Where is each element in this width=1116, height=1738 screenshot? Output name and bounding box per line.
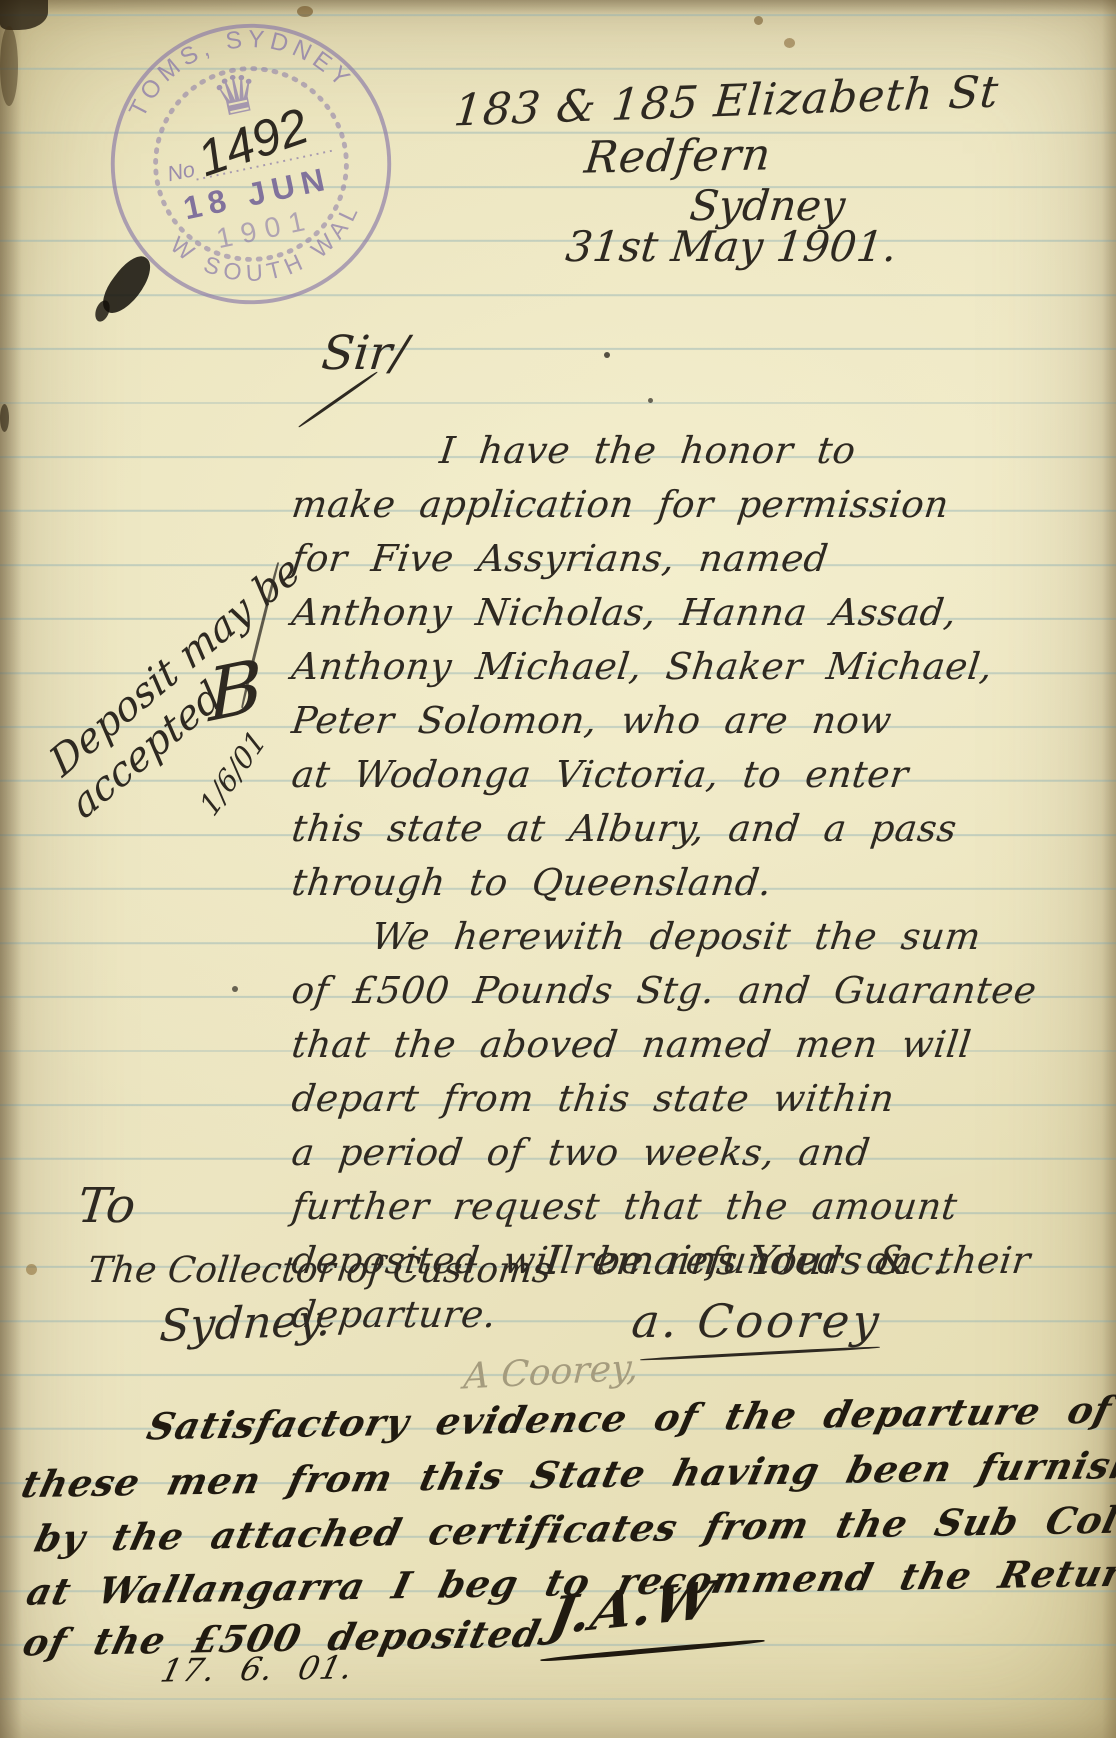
stain	[754, 16, 763, 25]
body-line: for Five Assyrians, named	[289, 532, 996, 586]
body-line: through to Queensland.	[289, 856, 996, 910]
addressee-to: To	[75, 1178, 138, 1234]
body-line: this state at Albury, and a pass	[289, 802, 996, 856]
address-line-1: 183 & 185 Elizabeth St	[452, 67, 1001, 137]
ink-dot	[604, 352, 610, 358]
minute-line: these men from this State having been fu…	[17, 1442, 1116, 1506]
addressee-line-2: Sydney.	[158, 1295, 333, 1352]
signature-flourish	[640, 1346, 880, 1362]
signature: a. Coorey	[629, 1294, 884, 1348]
minute-date: 17. 6. 01.	[157, 1648, 357, 1689]
body-line: of £500 Pounds Stg. and Guarantee	[289, 964, 1040, 1018]
body-line: a period of two weeks, and	[289, 1126, 1040, 1180]
minute-line: Satisfactory evidence of the departure o…	[143, 1388, 1116, 1449]
address-line-4: 31st May 1901.	[563, 222, 899, 271]
body-line: that the aboved named men will	[289, 1018, 1040, 1072]
body-line: Anthony Nicholas, Hanna Assad,	[289, 586, 996, 640]
stamp-no-label: No	[165, 157, 197, 186]
body-line: We herewith deposit the sum	[289, 910, 1040, 964]
pencil-annotation-name: A Coorey,	[463, 1347, 640, 1397]
letter-body-paragraph-1: I have the honor to make application for…	[292, 424, 992, 910]
address-line-2: Redfern	[582, 129, 774, 183]
letter-page: CUSTOMS, SYDNEY. — NEW SOUTH WALES ♛ No …	[0, 0, 1116, 1738]
body-line: I have the honor to	[289, 424, 996, 478]
customs-stamp-seal: CUSTOMS, SYDNEY. — NEW SOUTH WALES ♛ No …	[78, 0, 424, 337]
body-line: make application for permission	[289, 478, 996, 532]
addressee-line-1: The Collector of Customs	[86, 1250, 553, 1291]
closing-line: I remains Yours &c.	[543, 1238, 949, 1284]
margin-note-date: 1/6/01	[193, 724, 272, 823]
body-line: Anthony Michael, Shaker Michael,	[289, 640, 996, 694]
ink-dot	[648, 398, 653, 403]
stain	[26, 1264, 37, 1275]
stain	[0, 26, 18, 106]
body-line: at Wodonga Victoria, to enter	[289, 748, 996, 802]
customs-stamp: CUSTOMS, SYDNEY. — NEW SOUTH WALES ♛ No …	[78, 0, 424, 337]
ink-dot	[232, 986, 238, 992]
margin-note-initial: B	[206, 643, 264, 738]
body-line: further request that the amount	[289, 1180, 1040, 1234]
paper-edge-top	[0, 0, 1116, 14]
salutation: Sir/	[319, 326, 410, 381]
stain	[784, 38, 795, 48]
paper-edge-left	[0, 0, 22, 1738]
body-line: Peter Solomon, who are now	[289, 694, 996, 748]
body-line: depart from this state within	[289, 1072, 1040, 1126]
stain	[0, 404, 9, 432]
minute-line: by the attached certificates from the Su…	[30, 1495, 1116, 1560]
